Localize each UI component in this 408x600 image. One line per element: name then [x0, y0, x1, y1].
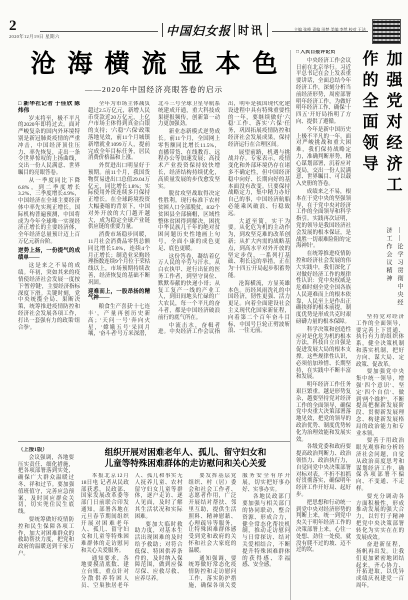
- paragraph: 中央经济工作会议日前在北京举行。习近平总书记在会上发表重要讲话，全面总结今年经济…: [296, 58, 351, 126]
- paragraph: 沧海横流，方显英雄本色。历经风雨洗礼的中国经济，韧性更强、活力更足。向着全面建设…: [228, 281, 290, 335]
- bottom-article: （上接1版） 会议强调，各地要压实责任、细化措施，把各项部署落到实处，确保广大群…: [18, 441, 290, 600]
- paragraph: 要加强党中央集中统一领导，增强'四个意识'、坚定'四个自信'、做到'两个维护'，…: [356, 369, 404, 437]
- masthead-title: 中国妇女报: [166, 22, 231, 39]
- paragraph: 各级党委和政府要提高政治判断力、政治领悟力、政治执行力，自觉同党中央决策部署对标…: [296, 444, 351, 498]
- paragraph: 岁末将至，极不平凡的2020年即将过去。面对严峻复杂的国内外环境特别是新冠肺炎疫…: [18, 116, 80, 177]
- paragraph: 今年是新中国历史上极不平凡的一年。面对严峻挑战和重大困难，我们保持战略定力，准确…: [296, 127, 351, 188]
- continued-from-marker: （上接1版）: [18, 447, 74, 454]
- paragraph: 外贸进出口明显好于预期。前11个月，我国货物贸易进出口总值29.04万亿元，同比…: [88, 163, 150, 231]
- commentary-right-body: 坚持党对经济工作的全面领导，要完善上下贯通、执行有力的组织体系，健全决策机制和落…: [356, 314, 404, 600]
- bottom-article-body: 本报北京12月18日电 记者从民政部获悉，民政部、国家发展改革委等部门日前联合印…: [81, 473, 290, 600]
- editor-credits: 主编 张峥 责编 田梦 美编 李然 校对 王洁: [294, 27, 366, 32]
- newspaper-page: 2 2020年12月19日 星期六 中国妇女报 时讯 主编 张峥 责编 田梦 美…: [0, 0, 408, 600]
- paragraph: 这是来之不易的成绩。年初，突如其来的疫情使经济社会发展一度按下'暂停键'，主要经…: [18, 263, 80, 331]
- masthead-divider: [162, 23, 163, 37]
- paragraph: 科学决策和创造性应对是化危为机的根本方法，科技自立自强是促进发展大局的根本支撑。…: [296, 327, 351, 381]
- paragraph: 新业态新模式逆势成长。前11个月，全国网上零售额同比增长11.5%，直播带货、在…: [158, 129, 220, 190]
- paragraph: 成绩来之不易，根本在于党中央的坚强领导，在于党中央对经济工作的全面领导和科学指引…: [296, 189, 351, 250]
- paragraph: 大道至简，实干为要。从化危为机的主动作为，到攻坚克难的改革创新；从扩大内需的战略…: [228, 219, 290, 280]
- bottom-headline: 组织开展对困难老年人、孤儿、留守妇女和 儿童等特殊困难群体的走访慰问和关心关爱: [81, 447, 290, 469]
- masthead-divider: [267, 23, 268, 37]
- commentary-right-column: 加强党对经济工作的全面领导 ——论学习贯彻中央经济工作会议精神 坚持党对经济工作…: [356, 50, 404, 600]
- paragraph: 逆势上扬，一份提气的成绩单——: [18, 248, 80, 262]
- paragraph: 要加大临时救助力度，对基本生活出现困难的及时给予救助；对符合低保、特困供养条件的…: [135, 522, 183, 583]
- paragraph: 明年经济工作任务艰巨繁重。越是形势复杂，越要坚持党对经济工作的全面领导，确保党中…: [296, 382, 351, 443]
- qr-code-stamp: [372, 19, 401, 44]
- main-headline: 沧海横流显本色: [18, 50, 290, 80]
- main-subtitle: ——2020年中国经济亮眼答卷的启示: [18, 84, 290, 95]
- commentary-author-label: □ 人民日报评论员: [296, 50, 351, 57]
- masthead: 中国妇女报 时讯: [158, 21, 272, 39]
- paragraph: 展望前路，机遇与挑战并存。专家表示，疫情变化和外部环境仍存在诸多不确定性，但中国…: [228, 150, 290, 218]
- paragraph: 本报北京12月18日电 记者从民政部获悉，民政部、国家发展改革委等部门日前联合印…: [81, 473, 129, 555]
- continued-column: （上接1版） 会议强调，各地要压实责任、细化措施，把各项部署落到实处，确保广大群…: [18, 447, 74, 600]
- commentary-left-column: □ 人民日报评论员 中央经济工作会议日前在北京举行。习近平总书记在会上发表重要讲…: [296, 50, 351, 600]
- main-article-body: □ 新华社记者 于佳欣 陈炜伟 岁末将至，极不平凡的2020年即将过去。面对严峻…: [18, 101, 290, 439]
- paragraph: 消费市场稳步回暖，11月社会消费品零售总额同比增长5.0%，连续4个月正增长；制…: [88, 232, 150, 286]
- main-article: 沧海横流显本色 ——2020年中国经济亮眼答卷的启示 □ 新华社记者 于佳欣 陈…: [18, 50, 290, 441]
- bottom-headline-line1: 组织开展对困难老年人、孤儿、留守妇女和: [81, 447, 290, 458]
- page-number: 2: [9, 19, 17, 34]
- paragraph: 全年为市场主体减负超过2.5万亿元，新增人民币贷款近20万亿元，上亿户市场主体得…: [88, 101, 150, 162]
- paragraph: 脱贫攻坚战取得决定性胜利。现行标准下农村贫困人口全部脱贫，832个贫困县全部摘帽…: [158, 191, 220, 252]
- paragraph: 在统筹推进疫情防控和经济社会发展的伟大实践中，我们深化了对做好经济工作的规律性认…: [296, 251, 351, 326]
- commentary-article: □ 人民日报评论员 中央经济工作会议日前在北京举行。习近平总书记在会上发表重要讲…: [290, 50, 404, 600]
- byline: □ 新华社记者 于佳欣 陈炜伟: [18, 101, 80, 115]
- bottom-headline-line2: 儿童等特殊困难群体的走访慰问和关心关爱: [81, 458, 290, 469]
- paragraph: 要充分调动各方面积极性，形成推动发展的强大合力，以钉钉子精神把党中央决策部署转化…: [356, 494, 404, 542]
- paragraph: 把思想和行动统一到党中央对经济形势的判断上来，统一到党中央关于明年经济工作的决策…: [296, 500, 351, 554]
- paragraph: 奋进新征程，扬帆再出发。让我们更加紧密地团结起来，齐心协力、开拓进取，以优异成绩…: [356, 542, 404, 590]
- paragraph: 要善于用政治眼光观察和分析经济社会问题，自觉从政治高度思考和谋划经济工作，确保各…: [356, 438, 404, 492]
- paragraph: 要统筹做好疫情防控和民生保障各项工作，加大对困难群众的救助帮扶力度，把党和政府的…: [18, 517, 74, 558]
- paragraph: 迎难而上，一股昂扬的精气神——: [88, 289, 150, 303]
- paragraph: 要发挥基层党组织、村（居）委会和社会工作者、志愿者作用，广泛开展结对帮扶、邻里互…: [189, 473, 237, 555]
- paragraph: 从一季度同比下降6.8%，到二季度增长3.2%、三季度增长4.9%，中国经济在全…: [18, 178, 80, 246]
- paragraph: 坚持党对经济工作的全面领导，要完善上下贯通、执行有力的组织体系，健全决策机制和落…: [356, 314, 404, 368]
- commentary-headline-vertical: 加强党对经济工作的全面领导: [356, 50, 404, 217]
- bottom-article-main: 组织开展对困难老年人、孤儿、留守妇女和 儿童等特殊困难群体的走访慰问和关心关爱 …: [81, 447, 290, 600]
- paragraph: 这份答卷，凝结着亿万人民的辛劳与汗水。从白衣执甲、逆行出征的医务工作者，到坚守岗…: [158, 254, 220, 322]
- commentary-subtitle-vertical: ——论学习贯彻中央经济工作会议精神: [356, 227, 404, 310]
- paragraph: 会议强调，各地要压实责任、细化措施，把各项部署落到实处，确保广大群众温暖过冬、祥…: [18, 455, 74, 516]
- section-label: 时讯: [238, 22, 264, 38]
- paragraph: 各地民政部门要加强与相关部门的协同联动，整合资源、形成合力，健全常态化帮扶机制，…: [242, 494, 290, 569]
- vertical-headline-block: 加强党对经济工作的全面领导 ——论学习贯彻中央经济工作会议精神: [356, 50, 404, 310]
- date-line: 2020年12月19日 星期六: [9, 34, 60, 40]
- masthead-divider: [234, 23, 235, 37]
